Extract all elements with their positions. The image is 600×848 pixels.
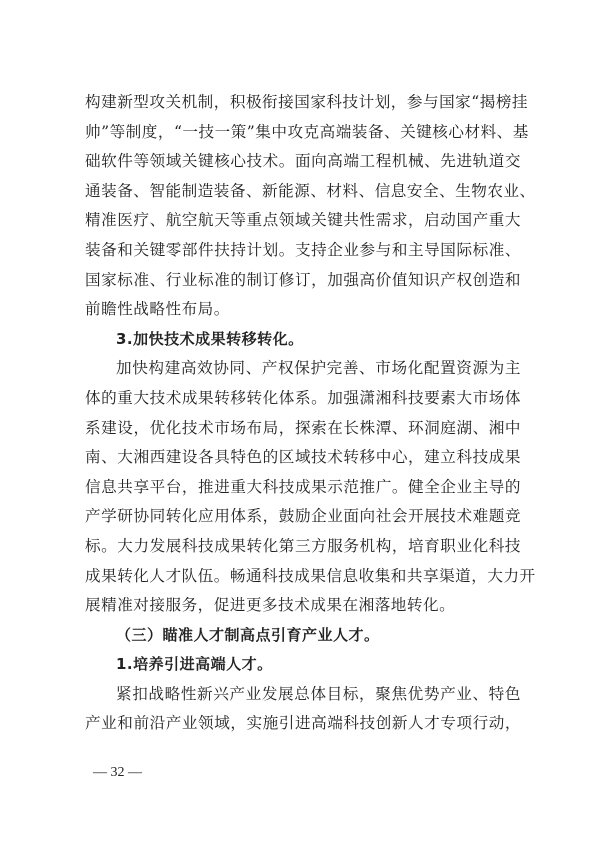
paragraph-line: 产学研协同转化应用体系，鼓励企业面向社会开展技术难题竞 — [85, 502, 521, 532]
section-heading: 3.加快技术成果转移转化。 — [85, 325, 521, 355]
paragraph-line: 标。大力发展科技成果转化第三方服务机构，培育职业化科技 — [85, 532, 521, 562]
paragraph-line: 南、大湘西建设各具特色的区域技术转移中心，建立科技成果 — [85, 443, 521, 473]
paragraph-line: 国家标准、行业标准的制订修订，加强高价值知识产权创造和 — [85, 266, 521, 296]
paragraph-line: 础软件等领域关键核心技术。面向高端工程机械、先进轨道交 — [85, 147, 521, 177]
paragraph-line: 帅”等制度，“一技一策”集中攻克高端装备、关键核心材料、基 — [85, 118, 521, 148]
paragraph-line: 信息共享平台，推进重大科技成果示范推广。健全企业主导的 — [85, 473, 521, 503]
paragraph-line: 展精准对接服务，促进更多技术成果在湘落地转化。 — [85, 591, 521, 621]
paragraph-line: 装备和关键零部件扶持计划。支持企业参与和主导国际标准、 — [85, 236, 521, 266]
subsection-heading: 1.培养引进高端人才。 — [85, 650, 521, 680]
paragraph-line: 成果转化人才队伍。畅通科技成果信息收集和共享渠道，大力开 — [85, 562, 521, 592]
paragraph-line: 系建设，优化技术市场布局，探索在长株潭、环洞庭湖、湘中 — [85, 414, 521, 444]
paragraph-line: 通装备、智能制造装备、新能源、材料、信息安全、生物农业、 — [85, 177, 521, 207]
page-number: — 32 — — [93, 765, 142, 781]
paragraph-line: 前瞻性战略性布局。 — [85, 295, 521, 325]
part-heading: （三）瞄准人才制高点引育产业人才。 — [85, 621, 521, 651]
paragraph-line: 紧扣战略性新兴产业发展总体目标，聚焦优势产业、特色 — [85, 680, 521, 710]
paragraph-line: 体的重大技术成果转移转化体系。加强潇湘科技要素大市场体 — [85, 384, 521, 414]
paragraph-line: 构建新型攻关机制，积极衔接国家科技计划，参与国家“揭榜挂 — [85, 88, 521, 118]
paragraph-line: 精准医疗、航空航天等重点领域关键共性需求，启动国产重大 — [85, 206, 521, 236]
paragraph-line: 加快构建高效协同、产权保护完善、市场化配置资源为主 — [85, 354, 521, 384]
document-page: 构建新型攻关机制，积极衔接国家科技计划，参与国家“揭榜挂 帅”等制度，“一技一策… — [85, 88, 521, 739]
paragraph-line: 产业和前沿产业领域，实施引进高端科技创新人才专项行动， — [85, 709, 521, 739]
